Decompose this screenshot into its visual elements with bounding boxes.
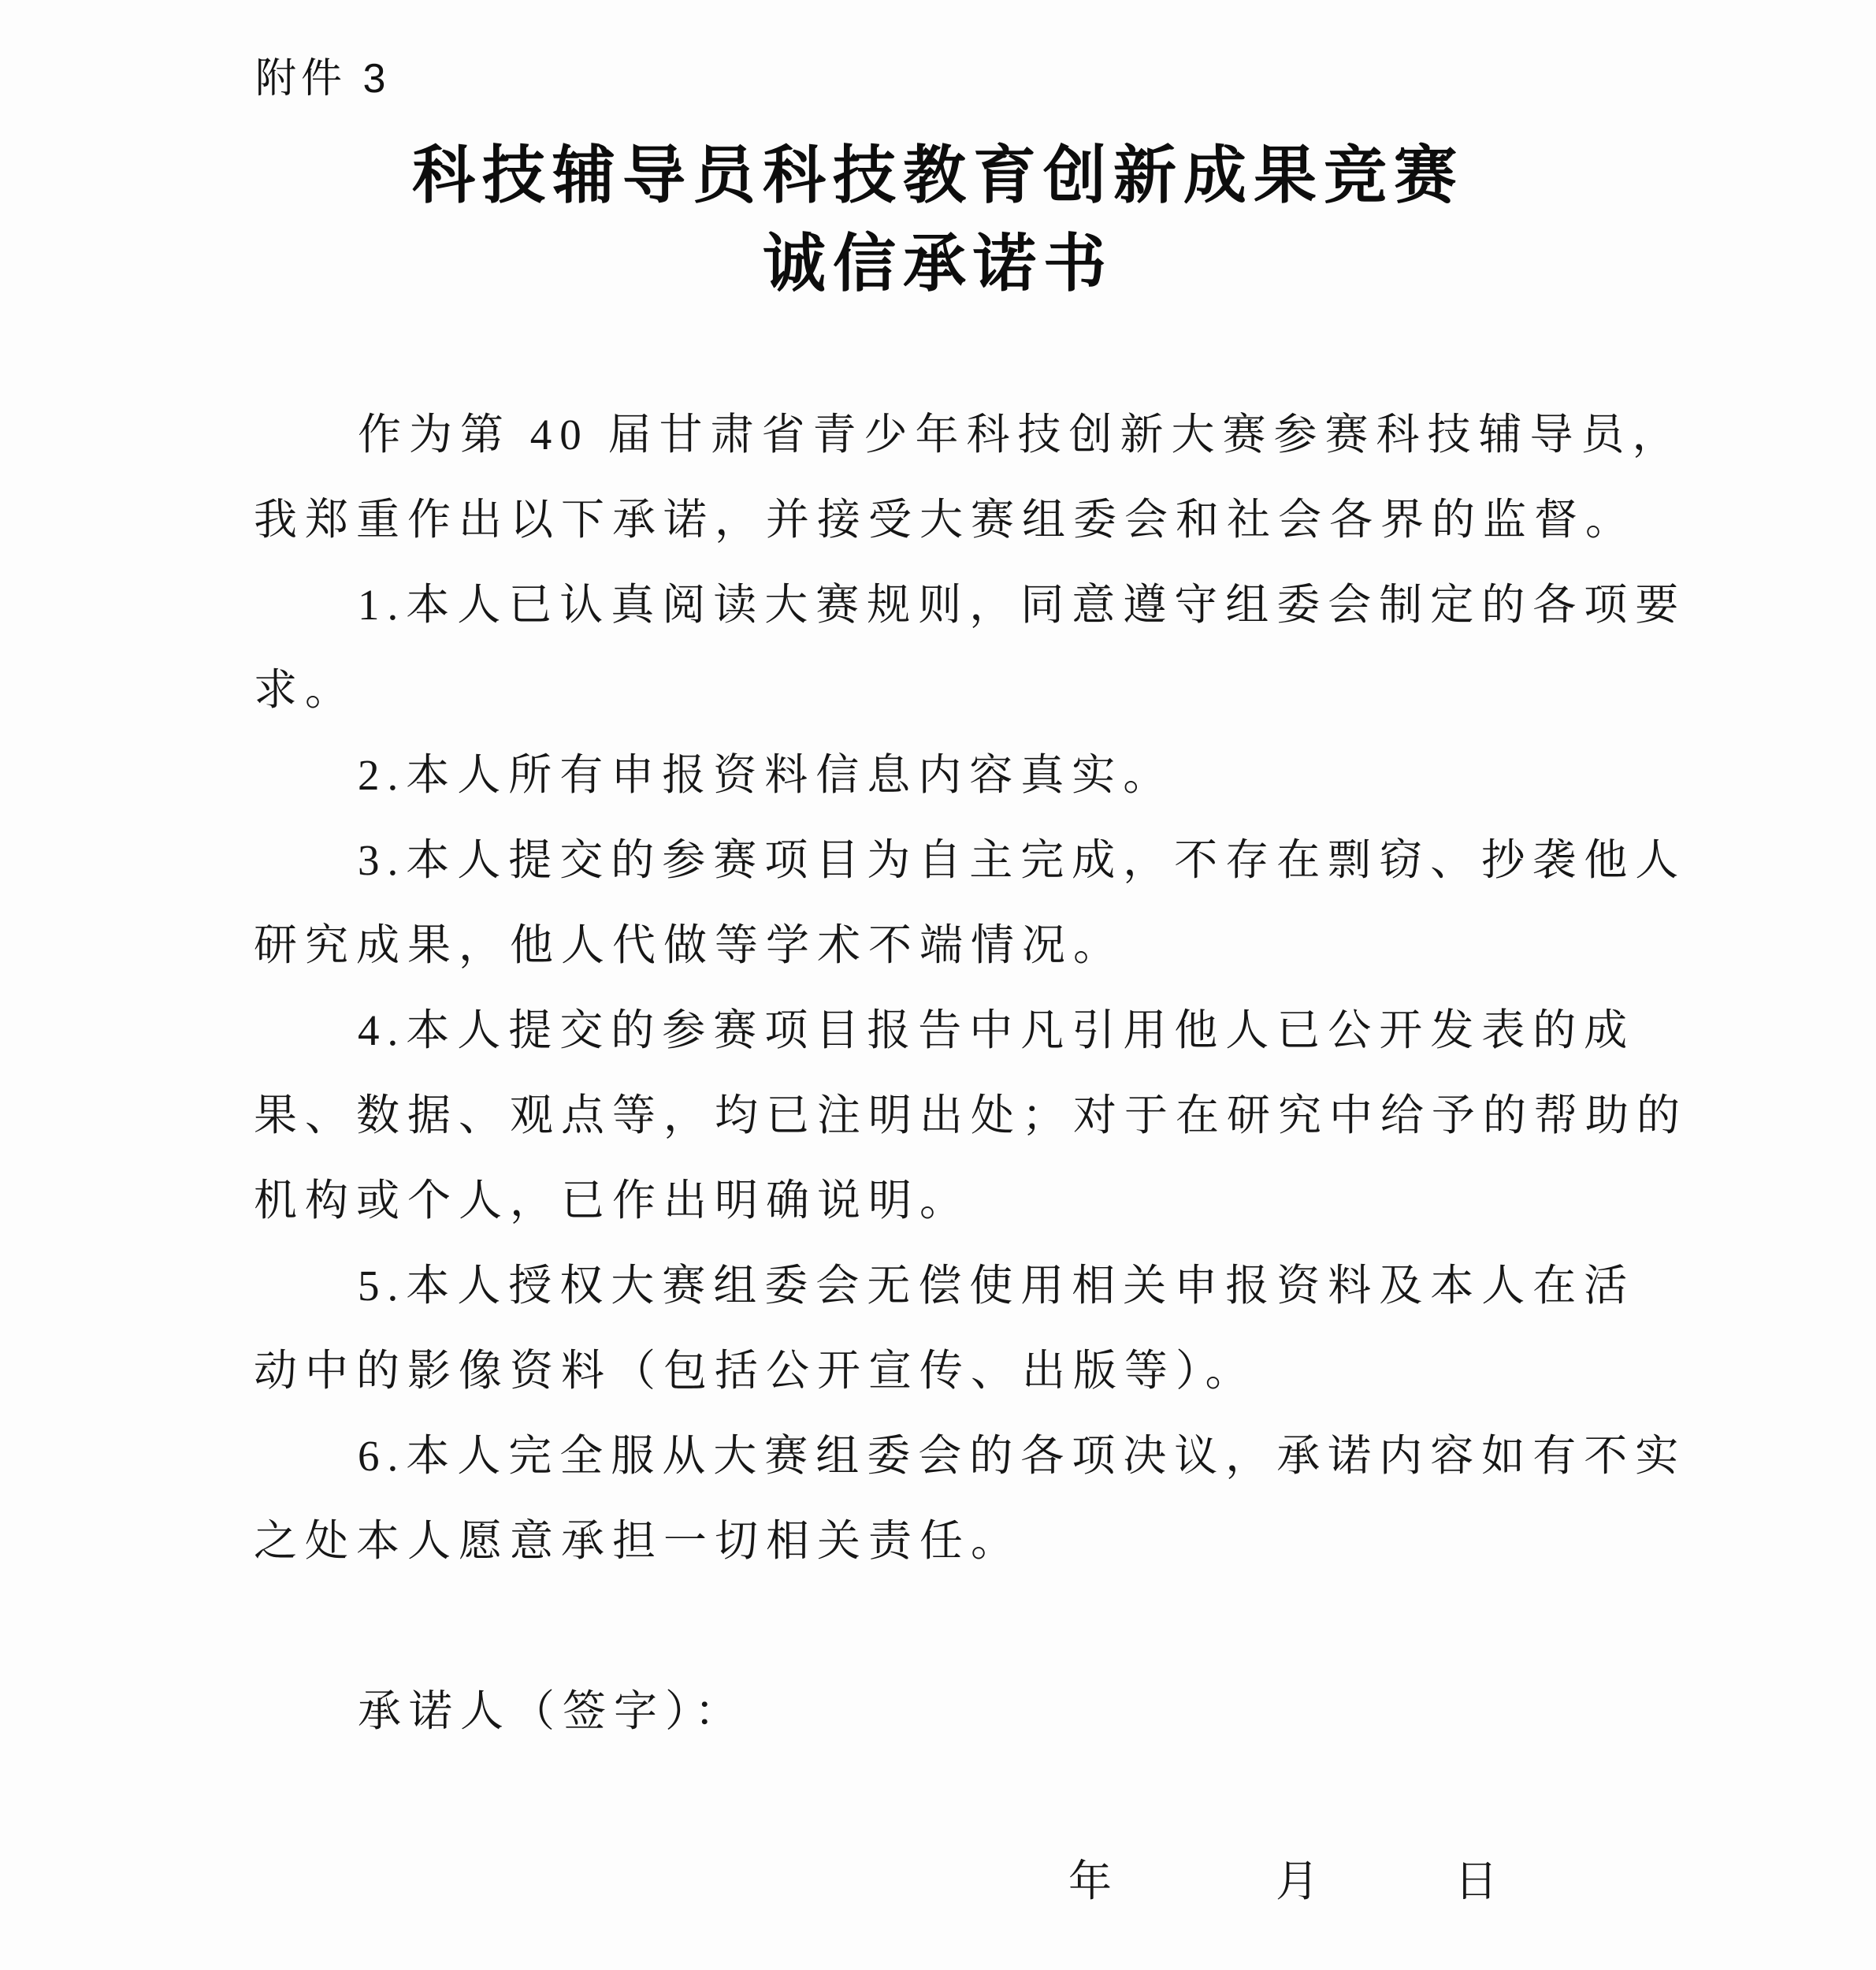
body-line: 1.本人已认真阅读大赛规则，同意遵守组委会制定的各项要 <box>254 563 1700 648</box>
body-line: 研究成果，他人代做等学术不端情况。 <box>254 903 1700 988</box>
body-line: 果、数据、观点等，均已注明出处；对于在研究中给予的帮助的 <box>254 1073 1700 1158</box>
document-page: 附件 3 科技辅导员科技教育创新成果竞赛 诚信承诺书 作为第 40 届甘肃省青少… <box>0 0 1876 1970</box>
doc-title: 科技辅导员科技教育创新成果竞赛 诚信承诺书 <box>0 132 1876 309</box>
body-line: 2.本人所有申报资料信息内容真实。 <box>254 733 1700 818</box>
body-line: 动中的影像资料（包括公开宣传、出版等）。 <box>254 1329 1700 1414</box>
body-line: 作为第 40 届甘肃省青少年科技创新大赛参赛科技辅导员， <box>254 392 1700 478</box>
body-line: 3.本人提交的参赛项目为自主完成，不存在剽窃、抄袭他人 <box>254 818 1700 903</box>
title-line-2: 诚信承诺书 <box>0 221 1876 309</box>
body-line: 5.本人授权大赛组委会无偿使用相关申报资料及本人在活 <box>254 1243 1700 1329</box>
body-line: 6.本人完全服从大赛组委会的各项决议，承诺内容如有不实 <box>254 1414 1700 1499</box>
title-line-1: 科技辅导员科技教育创新成果竞赛 <box>0 132 1876 221</box>
date-line: 年 月 日 <box>254 1839 1700 1924</box>
day-label: 日 <box>1454 1839 1506 1924</box>
body-line: 之处本人愿意承担一切相关责任。 <box>254 1499 1700 1584</box>
body-line: 求。 <box>254 648 1700 733</box>
body-line: 我郑重作出以下承诺，并接受大赛组委会和社会各界的监督。 <box>254 478 1700 563</box>
attachment-label: 附件 3 <box>255 55 390 102</box>
blank-line <box>254 1584 1700 1669</box>
document-body: 作为第 40 届甘肃省青少年科技创新大赛参赛科技辅导员， 我郑重作出以下承诺，并… <box>254 392 1700 1924</box>
year-label: 年 <box>1068 1839 1120 1924</box>
month-label: 月 <box>1276 1839 1327 1924</box>
body-line: 4.本人提交的参赛项目报告中凡引用他人已公开发表的成 <box>254 988 1700 1073</box>
body-line: 机构或个人，已作出明确说明。 <box>254 1158 1700 1243</box>
signature-label: 承诺人（签字）： <box>254 1669 1700 1754</box>
blank-line <box>254 1754 1700 1839</box>
